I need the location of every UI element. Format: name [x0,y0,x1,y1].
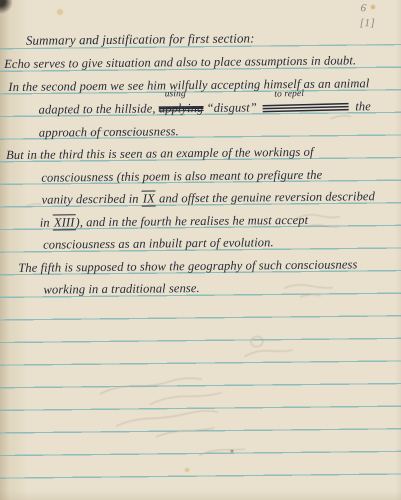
handwritten-line-5: approach of consciousness. [39,123,179,140]
handwritten-heading: Summary and justification for first sect… [26,30,255,48]
crossed-out-word: applyingusing [159,101,204,115]
line-9-prefix: in [40,216,50,230]
handwritten-line-10: consciousness as an inbuilt part of evol… [43,234,274,252]
handwritten-line-12: working in a traditional sense. [43,280,199,298]
line-4-prefix: adapted to the hillside, [39,101,156,116]
inserted-phrase: to repel [275,89,305,100]
roman-numeral-ix: IX [142,190,156,206]
crossed-out-word-text: applying [159,101,204,115]
roman-numeral-xiii: XIII [53,214,76,230]
line-8-suffix: and offset the genuine reversion describ… [159,189,375,205]
line-4-suffix: the [355,99,371,113]
handwritten-line-6: But in the third this is seen as an exam… [6,144,314,163]
page-content: 6 [1] Summary and justification for firs… [0,0,401,500]
line-8-prefix: vanity described in [41,192,138,207]
notebook-page: 6 [1] Summary and justification for firs… [0,0,401,500]
scribbled-out-word: to repel [263,101,349,113]
corner-annotation: [1] [360,17,376,29]
line-9-suffix: ), and in the fourth he realises he must… [75,213,308,229]
quoted-word: “disgust” [207,100,257,115]
handwritten-line-9: in XIII), and in the fourth he realises … [40,212,309,231]
inserted-word: using [165,89,186,99]
handwritten-line-7: consciousness (this poem is also meant t… [41,167,322,186]
